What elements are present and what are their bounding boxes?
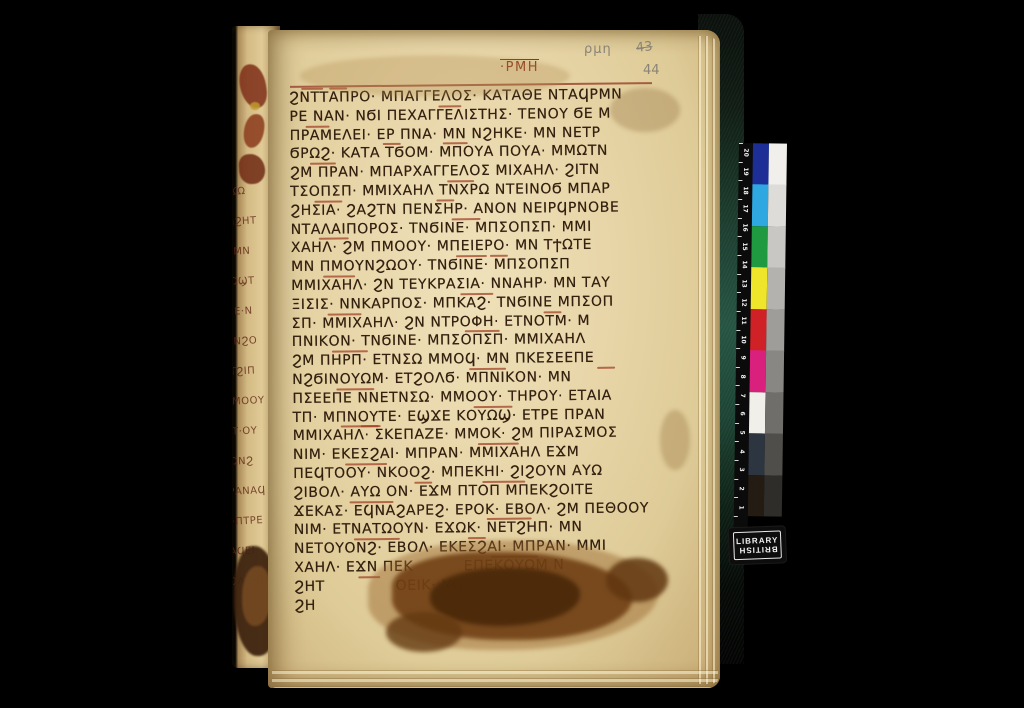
pencil-folio-number: 44 [643,63,660,78]
color-patch [752,143,769,185]
text-line: ΧΑΗΛ· ϨΜ ΠΜΟΟΥ· ΜΠΕΙΕΡΟ· ΜΝ ΤϮΩΤΕ [291,237,592,256]
text-line: ΜΝ ΠΜΟΥΝϨΩΟΥ· ΤΝϬΙΝΕ· ΜΠΣΟΠΣΠ [291,256,571,275]
ruler-number: 3 [738,464,745,476]
ruler-number: 8 [739,371,746,383]
pencil-crossed-number: 43 [635,39,653,56]
rubric-overline [473,405,512,407]
rubric-overline [436,199,454,201]
ruler-number: 5 [738,427,745,439]
ruler-number: 6 [739,408,746,420]
ruler-number: 9 [739,352,746,364]
greyscale-patches [764,143,787,516]
british-library-label: LIBRARY BRITISH [729,526,786,564]
ruler-tick [739,143,743,144]
text-line: ΠΡΑΜΕΛΕΙ· ΕΡ ΠΝΑ· ΜΝ ΝϨΗΚΕ· ΜΝ ΝΕΤΡ [290,124,601,143]
text-line: ΤΣΟΠΣΠ· ΜΜΙΧΑΗΛ ΤΝΧΡΩ ΝΤΕΙΝΟϬ ΜΠΑΡ [290,181,610,200]
text-line: ΠΣΕΕΠΕ ΝΝΕΤΝΣΩ· ΜΜΟΟΥ· ΤΗΡΟΥ· ΕΤΑΙΑ [292,387,612,406]
color-patch [750,350,767,392]
ruler-tick [737,255,741,256]
grey-patch [764,475,783,517]
marginal-ornament [250,102,260,110]
rubric-overline [414,481,432,483]
ruler-tick [735,460,739,461]
rubric-overline [460,293,493,295]
text-line: ϨΜ ΠΡΑΝ· ΜΠΑΡΧΑΓΓΕΛΟΣ ΜΙΧΑΗΛ· ϨΙΤΝ [290,162,600,181]
grey-patch [766,351,785,393]
text-line: ΜΜΙΧΑΗΛ· ϨΝ ΤΕΥΚΡΑΣΙΑ· ΝΝΑΗΡ· ΜΝ ΤΑΥ [291,275,610,294]
text-line: ΡΕ ΝΑΝ· ΝϬΙ ΠΕΧΑΓΓΕΛΙΣΤΗΣ· ΤΕΝΟΥ ϬΕ Μ [289,105,611,124]
rubric-overline [597,367,615,369]
ruler-tick [736,367,740,368]
grey-patch [768,143,787,185]
ruler-number: 4 [738,445,745,457]
rubric-overline [438,105,461,107]
color-patch [750,309,767,351]
ruler-tick [734,516,738,517]
ruler-number: 20 [742,147,749,159]
color-patch [749,392,766,434]
text-line: ΝϨϬΙΝΟΥΩΜ· ΕΤϨΟΛϬ· ΜΠΝΙΚΟΝ· ΜΝ [292,369,572,388]
ruler-tick [734,479,738,480]
color-patch [748,433,765,475]
grey-patch [767,226,786,268]
text-line: ΝΙΜ· ΕΤΝΑΤΩΟΥΝ· ΕϪΩΚ· ΝΕΤϨΗΠ· ΜΝ [294,519,583,538]
text-line: ΜΜΙΧΑΗΛ· ΣΚΕΠΑΖΕ· ΜΜΟΚ· ϨΜ ΠΙΡΑΣΜΟΣ [293,425,618,444]
color-calibration-bar: 2019181716151413121110987654321 LIBRARY … [733,143,791,574]
ruler-number: 10 [740,333,747,345]
rubric-overline [544,311,562,313]
rubric-overline [306,125,330,127]
rubric-overline [469,368,506,370]
stain [606,558,668,602]
ruler-tick [737,292,741,293]
color-patch [752,185,769,227]
text-line: ϪΕΚΑΣ· ΕϤΝΑϨΑΡΕϨ· ΕΡΟΚ· ΕΒΟΛ· ϨΜ ΠΕΘΟΟΥ [294,500,650,520]
ruler-number: 19 [742,166,749,178]
ruler-number: 11 [740,315,747,327]
pencil-foliation-note: ρμη [584,42,612,57]
rubric-overline [447,180,474,182]
ruler-number: 14 [741,259,748,271]
grey-patch [765,392,784,434]
rubric-overline [301,88,323,90]
text-line: ΤΠ· ΜΠΝΟΥΤΕ· ΕϢϪΕ ΚΟΥΩϢ· ΕΤΡΕ ΠΡΑΝ [293,406,606,425]
text-line: ΠΝΙΚΟΝ· ΤΝϬΙΝΕ· ΜΠΣΟΠΣΠ· ΜΜΙΧΑΗΛ [292,331,586,350]
text-line: ΝΙΜ· ΕΚΕΣϨΑΙ· ΜΠΡΑΝ· ΜΜΙΧΑΗΛ ΕϪΜ [293,444,580,463]
grey-patch [768,185,787,227]
rubric-overline [490,255,508,257]
ruler-number: 12 [740,296,747,308]
ruler-number: 13 [740,277,747,289]
text-line: ΣΠ· ΜΜΙΧΑΗΛ· ϨΝ ΝΤΡΟΦΗ· ΕΤΝΟΤΜ· Μ [292,312,591,331]
ruler-number: 15 [741,240,748,252]
page-fore-edge [694,36,720,684]
stain [610,88,680,132]
stain [300,55,570,97]
ruler-tick [738,199,742,200]
ruler-tick [737,274,741,275]
british-library-label-frame: LIBRARY BRITISH [733,530,782,560]
ruler-tick [739,162,743,163]
color-patch [748,475,765,517]
rubric-overline [323,275,355,277]
stain [386,612,462,652]
ruler-tick [734,497,738,498]
ruler-number: 17 [741,203,748,215]
grey-patch [766,309,785,351]
text-line: ϬΡΩϨ· ΚΑΤΑ ΤϬΟΜ· ΜΠΟΥΑ ΠΟΥΑ· ΜΜΩΤΝ [290,143,608,162]
rubric-overline [314,200,342,202]
ruler-number: 18 [742,184,749,196]
ruler-tick [738,236,742,237]
ruler-tick [736,348,740,349]
color-patch [751,268,768,310]
ruler-tick [735,423,739,424]
text-line: ϨΙΒΟΛ· ΑΥΩ ΟΝ· ΕϪΜ ΠΤΟΠ ΜΠΕΚϨΟΙΤΕ [293,482,593,501]
text-line: ΠΕϤΤΟΟΥ· ΝΚΟΟϨ· ΜΠΕΚΗΙ· ϨΙϨΟΥΝ ΑΥΩ [293,463,603,482]
grey-patch [764,433,783,475]
text-line: ϨΗ [294,597,316,613]
ruler-tick [736,385,740,386]
text-line: ΝΤΑΛΑΙΠΟΡΟΣ· ΤΝϬΙΝΕ· ΜΠΣΟΠΣΠ· ΜΜΙ [291,218,592,237]
ruler-number: 2 [738,483,745,495]
marginal-ornament [242,113,265,149]
text-line: ΞΙΣΙΣ· ΝΝΚΑΡΠΟΣ· ΜΠΚΑϨ· ΤΝϬΙΝΕ ΜΠΣΟΠ [291,293,613,312]
rubric-overline [336,388,374,390]
text-line: ϨΜ ΠΗΡΠ· ΕΤΝΣΩ ΜΜΟϤ· ΜΝ ΠΚΕΣΕΕΠΕ [292,350,594,369]
ruler-tick [738,180,742,181]
marginal-ornament [238,153,266,185]
label-british-text: BRITISH [738,545,777,555]
grey-patch [767,268,786,310]
ruler-number: 1 [737,501,744,513]
ruler-tick [738,218,742,219]
page-bottom-edge [272,666,718,688]
rubric-overline [328,313,362,315]
ruler-number: 16 [741,221,748,233]
ruler-tick [737,311,741,312]
ruler-tick [735,404,739,405]
ruler-number: 7 [739,389,746,401]
rubric-overline [452,218,481,220]
color-patch [751,226,768,268]
ruler-tick [736,329,740,330]
rubric-overline [345,463,387,465]
stain [660,410,690,470]
manuscript-photo: ΛΕϪΩΗ·ΝϨΗΤΡϤ·ΜΝΟΥΩϢΤΡΙΜΕ·ΝΠΕ·ΝϨΟΝΕΤϨΙΠΤΕ… [0,0,1024,708]
ruler-tick [735,441,739,442]
